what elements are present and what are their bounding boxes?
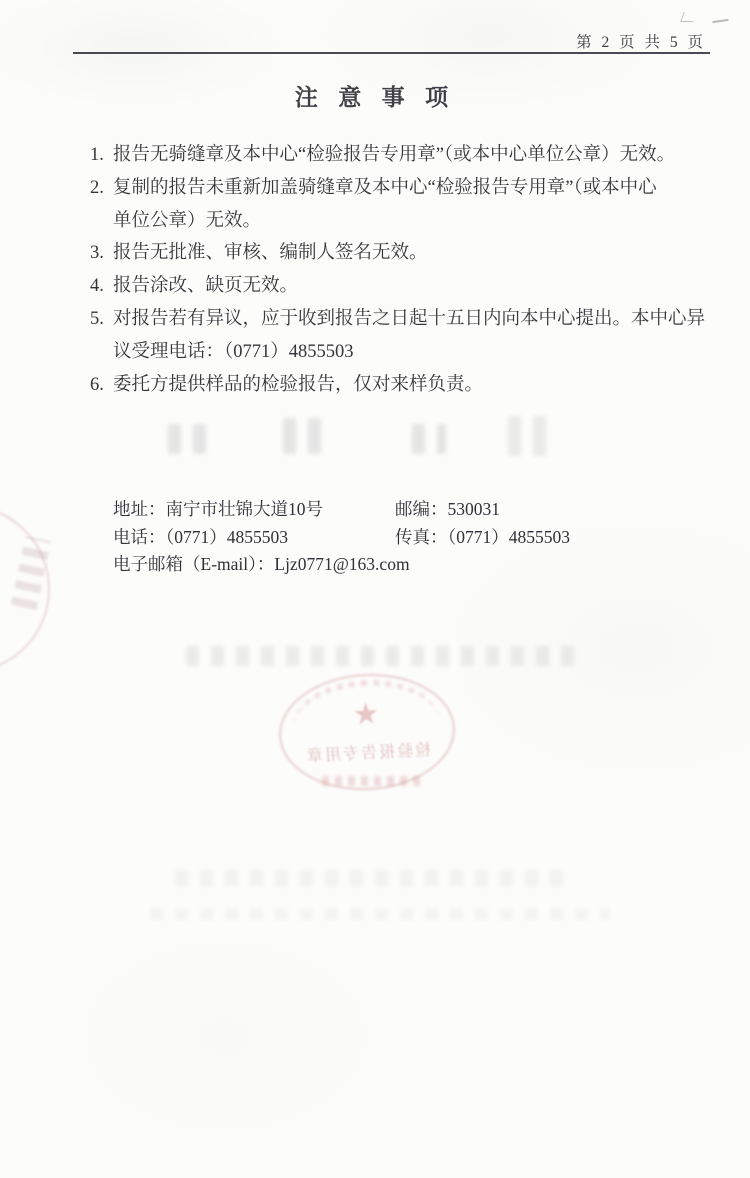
stamp-arc-text-illegible (290, 676, 440, 730)
document-page: 第 2 页 共 5 页 注 意 事 项 1.报告无骑缝章及本中心“检验报告专用章… (0, 0, 750, 1178)
bleed-through-artifact (175, 870, 565, 886)
bleed-through-artifact (283, 418, 331, 454)
page-title: 注 意 事 项 (0, 79, 750, 112)
note-line: 4.报告涂改、缺页无效。 (90, 270, 710, 303)
page-number: 第 2 页 共 5 页 (0, 30, 706, 52)
email-label: 电子邮箱（E-mail）： (113, 554, 274, 574)
note-item-2: 2.复制的报告未重新加盖骑缝章及本中心“检验报告专用章”（或本中心 单位公章）无… (90, 172, 710, 238)
notes-list: 1.报告无骑缝章及本中心“检验报告专用章”（或本中心单位公章）无效。 2.复制的… (90, 139, 710, 401)
note-number: 1. (90, 139, 113, 172)
edge-stamp-arc (0, 505, 50, 673)
note-item-5: 5.对报告若有异议，应于收到报告之日起十五日内向本中心提出。本中心异 议受理电话… (90, 303, 710, 369)
note-text: 委托方提供样品的检验报告，仅对来样负责。 (113, 375, 483, 395)
bleed-through-artifact (412, 424, 446, 454)
note-number: 3. (90, 237, 113, 270)
bleed-through-artifact (186, 646, 576, 666)
note-text: 复制的报告未重新加盖骑缝章及本中心“检验报告专用章”（或本中心 (113, 178, 657, 198)
note-text: 报告无骑缝章及本中心“检验报告专用章”（或本中心单位公章）无效。 (113, 145, 675, 165)
address-value: 南宁市壮锦大道10号 (166, 499, 324, 519)
header-rule (73, 52, 710, 54)
note-line: 2.复制的报告未重新加盖骑缝章及本中心“检验报告专用章”（或本中心 (90, 172, 710, 205)
bleed-through-stamp: ★ 检验报告专用章 (276, 669, 458, 794)
note-line: 议受理电话：（0771）4855503 (90, 336, 710, 369)
scan-artifact-corner (711, 12, 728, 23)
note-item-1: 1.报告无骑缝章及本中心“检验报告专用章”（或本中心单位公章）无效。 (90, 139, 710, 172)
note-line: 6.委托方提供样品的检验报告，仅对来样负责。 (90, 369, 710, 402)
contact-block: 地址：南宁市壮锦大道10号 邮编：530031 电话：（0771）4855503… (113, 496, 673, 579)
bleed-through-artifact (150, 908, 610, 920)
fax-value: （0771）4855503 (448, 527, 571, 547)
note-line: 3.报告无批准、审核、编制人签名无效。 (90, 237, 710, 270)
postcode-value: 530031 (448, 499, 501, 519)
contact-row-email: 电子邮箱（E-mail）：Ljz0771@163.com (113, 551, 673, 579)
stamp-label-mirrored: 检验报告专用章 (280, 735, 457, 767)
note-line: 5.对报告若有异议，应于收到报告之日起十五日内向本中心提出。本中心异 (90, 303, 710, 336)
stamp-star-icon: ★ (277, 695, 454, 734)
note-number: 4. (90, 270, 113, 303)
note-line: 1.报告无骑缝章及本中心“检验报告专用章”（或本中心单位公章）无效。 (90, 139, 710, 172)
note-item-4: 4.报告涂改、缺页无效。 (90, 270, 710, 303)
scan-artifact-corner (680, 12, 697, 22)
note-item-3: 3.报告无批准、审核、编制人签名无效。 (90, 237, 710, 270)
note-number: 2. (90, 172, 113, 205)
fax-label: 传真： (395, 527, 448, 547)
bleed-through-artifact (508, 416, 558, 456)
contact-row-address: 地址：南宁市壮锦大道10号 邮编：530031 (113, 496, 673, 524)
note-text: 报告涂改、缺页无效。 (113, 276, 298, 296)
edge-stamp-marks (11, 536, 51, 610)
note-line: 单位公章）无效。 (90, 205, 710, 238)
contact-row-phone: 电话：（0771）4855503 传真：（0771）4855503 (113, 524, 673, 552)
phone-value: （0771）4855503 (166, 527, 289, 547)
postcode-label: 邮编： (395, 499, 448, 519)
phone-label: 电话： (113, 527, 166, 547)
note-text: 报告无批准、审核、编制人签名无效。 (113, 243, 428, 263)
note-text: 对报告若有异议，应于收到报告之日起十五日内向本中心提出。本中心异 (113, 309, 705, 329)
note-number: 6. (90, 369, 113, 402)
email-value: Ljz0771@163.com (274, 554, 409, 574)
note-item-6: 6.委托方提供样品的检验报告，仅对来样负责。 (90, 369, 710, 402)
address-label: 地址： (113, 499, 166, 519)
stamp-ring (276, 669, 458, 794)
stamp-number-artifact (322, 776, 426, 786)
note-number: 5. (90, 303, 113, 336)
bleed-through-artifact (168, 424, 206, 454)
